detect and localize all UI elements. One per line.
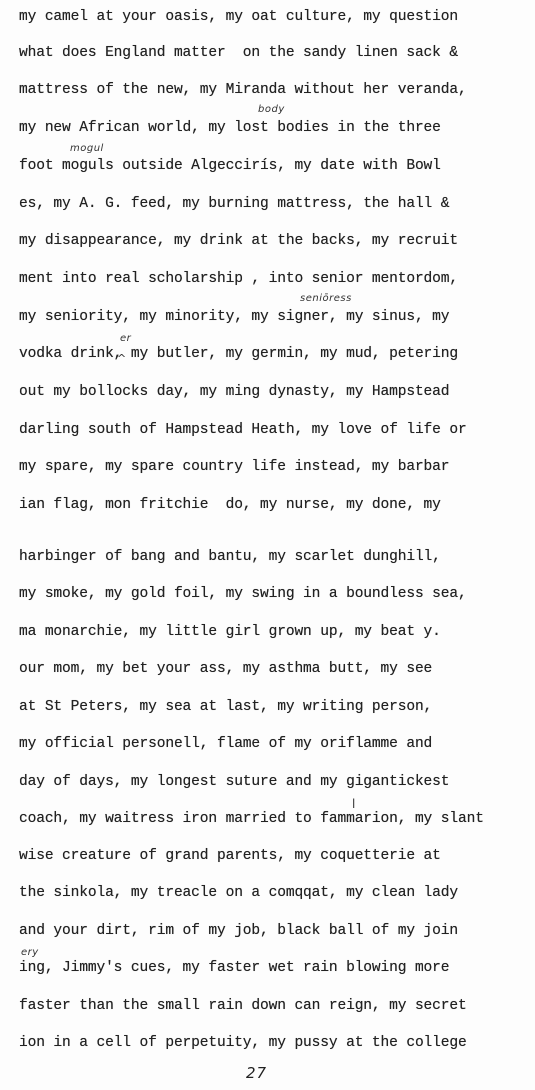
text-line: ma monarchie, my little girl grown up, m… — [19, 623, 441, 641]
text-line: my disappearance, my drink at the backs,… — [19, 232, 458, 250]
text-line: my new African world, my lost bodies in … — [19, 119, 441, 137]
manuscript-page: my camel at your oasis, my oat culture, … — [0, 0, 535, 1090]
text-line: my seniority, my minority, my signer, my… — [19, 308, 449, 326]
text-line: day of days, my longest suture and my gi… — [19, 773, 449, 791]
text-line: mattress of the new, my Miranda without … — [19, 81, 467, 99]
text-line: coach, my waitress iron married to famma… — [19, 810, 484, 828]
text-line: the sinkola, my treacle on a comqqat, my… — [19, 884, 458, 902]
text-line: what does England matter on the sandy li… — [19, 44, 458, 62]
text-line: out my bollocks day, my ming dynasty, my… — [19, 383, 449, 401]
text-line: faster than the small rain down can reig… — [19, 997, 467, 1015]
text-line: ment into real scholarship , into senior… — [19, 270, 458, 288]
text-line: and your dirt, rim of my job, black ball… — [19, 922, 458, 940]
text-line: foot moguls outside Algeccirís, my date … — [19, 157, 441, 175]
text-line: ing, Jimmy's cues, my faster wet rain bl… — [19, 959, 449, 977]
text-line: my official personell, flame of my orifl… — [19, 735, 432, 753]
text-line: ion in a cell of perpetuity, my pussy at… — [19, 1034, 467, 1052]
text-line: my smoke, my gold foil, my swing in a bo… — [19, 585, 467, 603]
text-line: my spare, my spare country life instead,… — [19, 458, 449, 476]
text-line: ian flag, mon fritchie do, my nurse, my … — [19, 496, 441, 514]
text-line: vodka drink, my butler, my germin, my mu… — [19, 345, 458, 363]
text-line: at St Peters, my sea at last, my writing… — [19, 698, 432, 716]
page-number: 27 — [246, 1064, 267, 1082]
text-line: our mom, my bet your ass, my asthma butt… — [19, 660, 432, 678]
text-line: my camel at your oasis, my oat culture, … — [19, 8, 458, 26]
handwritten-annotation-body: body — [258, 104, 285, 115]
handwritten-annotation-seniority: seniōress — [300, 293, 352, 304]
handwritten-annotation-ery: ery — [21, 947, 39, 958]
handwritten-annotation-mogul: mogul — [70, 143, 104, 154]
text-line: es, my A. G. feed, my burning mattress, … — [19, 195, 449, 213]
text-line: harbinger of bang and bantu, my scarlet … — [19, 548, 441, 566]
text-line: wise creature of grand parents, my coque… — [19, 847, 441, 865]
handwritten-annotation-er: er — [120, 333, 131, 344]
text-line: darling south of Hampstead Heath, my lov… — [19, 421, 467, 439]
handwritten-annotation-l: l — [352, 797, 356, 811]
